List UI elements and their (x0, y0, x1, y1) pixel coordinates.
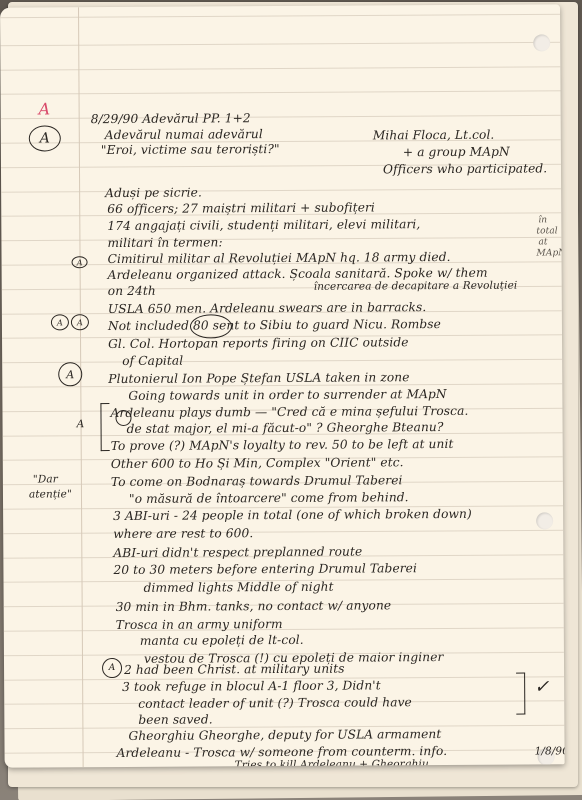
side-mark: A (77, 419, 85, 430)
note-line: 66 officers; 27 maiștri militari + subof… (107, 201, 375, 215)
circled-mark-label: A (109, 663, 116, 673)
notebook-page: A A A A A A A "Dar atenție" A ✓ Mihai Fl… (0, 4, 565, 767)
note-line: Going towards unit in order to surrender… (128, 388, 446, 402)
note-line: To prove (?) MApN's loyalty to rev. 50 t… (111, 438, 454, 452)
circled-mark-label: A (77, 318, 83, 327)
binder-hole (533, 34, 550, 51)
note-line: militari în termen: (107, 236, 222, 249)
note-line: 20 to 30 meters before entering Drumul T… (113, 562, 417, 576)
circled-mark: A (29, 125, 61, 151)
circled-mark-label: A (40, 130, 50, 146)
note-line: on 24th (108, 285, 156, 297)
note-line: 174 angajați civili, studenți militari, … (107, 218, 420, 232)
note-line: 30 min in Bhm. tanks, no contact w/ anyo… (116, 599, 392, 613)
circled-mark-label: A (77, 258, 83, 267)
note-line: Ardeleanu organized attack. Școala sanit… (108, 267, 488, 282)
side-note: at (538, 238, 547, 247)
note-line: Gheorghiu Gheorghe, deputy for USLA arma… (128, 728, 441, 742)
note-line: "o măsură de întoarcere" come from behin… (129, 491, 409, 505)
note-line: 2 had been Christ. at military units (124, 663, 345, 677)
red-margin-mark: A (39, 99, 51, 118)
note-line: Trosca in an army uniform (116, 618, 283, 631)
note-line: Gl. Col. Hortopan reports firing on CIIC… (108, 336, 409, 350)
note-line: ABI-uri didn't respect preplanned route (113, 546, 362, 560)
note-line: manta cu epoleți de lt-col. (140, 634, 304, 647)
note-line: 8/29/90 Adevărul PP. 1+2 (91, 112, 251, 125)
note-line: dimmed lights Middle of night (144, 581, 334, 594)
note-line: încercarea de decapitare a Revoluției (314, 281, 518, 293)
circled-mark: A (58, 362, 82, 386)
circled-mark-label: A (57, 318, 63, 327)
note-line: Not included 80 sent to Sibiu to guard N… (108, 318, 441, 332)
note-line: Other 600 to Ho Și Min, Complex "Orient"… (111, 456, 404, 470)
margin-quote-line1: "Dar (33, 474, 58, 485)
note-line: USLA 650 men. Ardeleanu swears are in ba… (108, 301, 427, 315)
side-note: MApN (536, 249, 564, 258)
note-line: Aduși pe sicrie. (105, 186, 202, 199)
note-line: of Capital (122, 355, 183, 368)
side-note: total (536, 227, 557, 236)
note-line: where are rest to 600. (113, 527, 253, 540)
bracket (516, 673, 525, 715)
right-note-line: + a group MApN (403, 146, 510, 159)
side-note: în (538, 216, 547, 225)
note-line: Plutonierul Ion Pope Ștefan USLA taken i… (108, 371, 409, 385)
right-note-line: Officers who participated. (383, 162, 547, 175)
right-note-line: Mihai Floca, Lt.col. (373, 129, 495, 142)
circled-mark-label: A (66, 368, 74, 381)
note-line: "Eroi, victime sau teroriști?" (101, 143, 280, 156)
note-line: 3 took refuge in blocul A-1 floor 3, Did… (122, 679, 381, 693)
note-line: Ardeleanu - Trosca w/ someone from count… (117, 745, 448, 759)
circled-mark: A (51, 314, 69, 330)
note-line: To come on Bodnaraș towards Drumul Taber… (111, 474, 403, 488)
check-mark: ✓ (534, 676, 549, 697)
circled-mark: A (102, 658, 122, 678)
bracket (100, 403, 109, 451)
circled-mark: A (72, 256, 88, 268)
note-line: been saved. (138, 713, 212, 726)
note-line: Ardeleanu plays dumb — "Cred că e mina ș… (110, 405, 468, 419)
page-date-mark: 1/8/90 (535, 746, 565, 757)
circled-mark: A (71, 314, 89, 330)
binder-hole (536, 512, 553, 529)
note-line: de stat major, el mi-a făcut-o" ? Gheorg… (127, 421, 444, 435)
note-line: contact leader of unit (?) Trosca could … (138, 696, 412, 710)
note-line: Cimitirul militar al Revoluției MApN hq.… (108, 251, 451, 265)
note-line: 3 ABI-uri - 24 people in total (one of w… (113, 508, 472, 522)
margin-quote-line2: atenție" (29, 489, 72, 500)
note-line: Adevărul numai adevărul (105, 128, 263, 141)
